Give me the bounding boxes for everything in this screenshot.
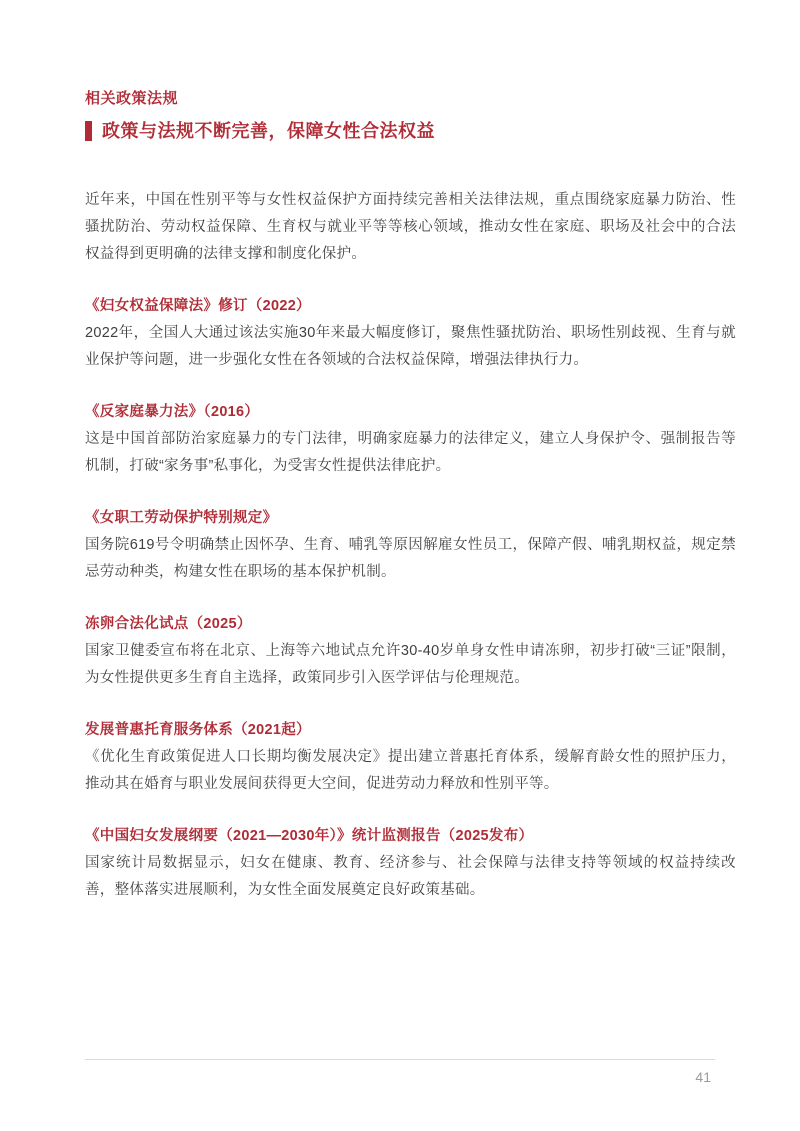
section-body: 国家统计局数据显示，妇女在健康、教育、经济参与、社会保障与法律支持等领域的权益持…	[85, 850, 736, 904]
policy-section: 发展普惠托育服务体系（2021起） 《优化生育政策促进人口长期均衡发展决定》提出…	[85, 717, 736, 798]
intro-paragraph: 近年来，中国在性别平等与女性权益保护方面持续完善相关法律法规，重点围绕家庭暴力防…	[85, 187, 736, 268]
section-heading: 冻卵合法化试点（2025）	[85, 611, 736, 638]
section-heading: 发展普惠托育服务体系（2021起）	[85, 717, 736, 744]
policy-section: 冻卵合法化试点（2025） 国家卫健委宣布将在北京、上海等六地试点允许30-40…	[85, 611, 736, 692]
section-heading: 《反家庭暴力法》（2016）	[85, 399, 736, 426]
policy-section: 《中国妇女发展纲要（2021—2030年）》统计监测报告（2025发布） 国家统…	[85, 823, 736, 904]
policy-section: 《女职工劳动保护特别规定》 国务院619号令明确禁止因怀孕、生育、哺乳等原因解雇…	[85, 505, 736, 586]
section-heading: 《女职工劳动保护特别规定》	[85, 505, 736, 532]
section-body: 国家卫健委宣布将在北京、上海等六地试点允许30-40岁单身女性申请冻卵，初步打破…	[85, 638, 736, 692]
policy-section: 《妇女权益保障法》修订（2022） 2022年，全国人大通过该法实施30年来最大…	[85, 293, 736, 374]
section-body: 这是中国首部防治家庭暴力的专门法律，明确家庭暴力的法律定义，建立人身保护令、强制…	[85, 426, 736, 480]
page-number: 41	[695, 1068, 711, 1086]
document-page: 相关政策法规 政策与法规不断完善，保障女性合法权益 近年来，中国在性别平等与女性…	[0, 0, 800, 1131]
section-body: 国务院619号令明确禁止因怀孕、生育、哺乳等原因解雇女性员工，保障产假、哺乳期权…	[85, 532, 736, 586]
page-title-row: 政策与法规不断完善，保障女性合法权益	[85, 119, 736, 143]
title-accent-bar-icon	[85, 121, 92, 141]
section-body: 《优化生育政策促进人口长期均衡发展决定》提出建立普惠托育体系，缓解育龄女性的照护…	[85, 744, 736, 798]
page-title: 政策与法规不断完善，保障女性合法权益	[102, 119, 435, 143]
section-heading: 《中国妇女发展纲要（2021—2030年）》统计监测报告（2025发布）	[85, 823, 736, 850]
policy-section: 《反家庭暴力法》（2016） 这是中国首部防治家庭暴力的专门法律，明确家庭暴力的…	[85, 399, 736, 480]
page-content: 相关政策法规 政策与法规不断完善，保障女性合法权益 近年来，中国在性别平等与女性…	[85, 89, 736, 904]
section-kicker: 相关政策法规	[85, 89, 736, 109]
section-body: 2022年，全国人大通过该法实施30年来最大幅度修订，聚焦性骚扰防治、职场性别歧…	[85, 320, 736, 374]
footer-divider	[85, 1059, 715, 1060]
section-heading: 《妇女权益保障法》修订（2022）	[85, 293, 736, 320]
